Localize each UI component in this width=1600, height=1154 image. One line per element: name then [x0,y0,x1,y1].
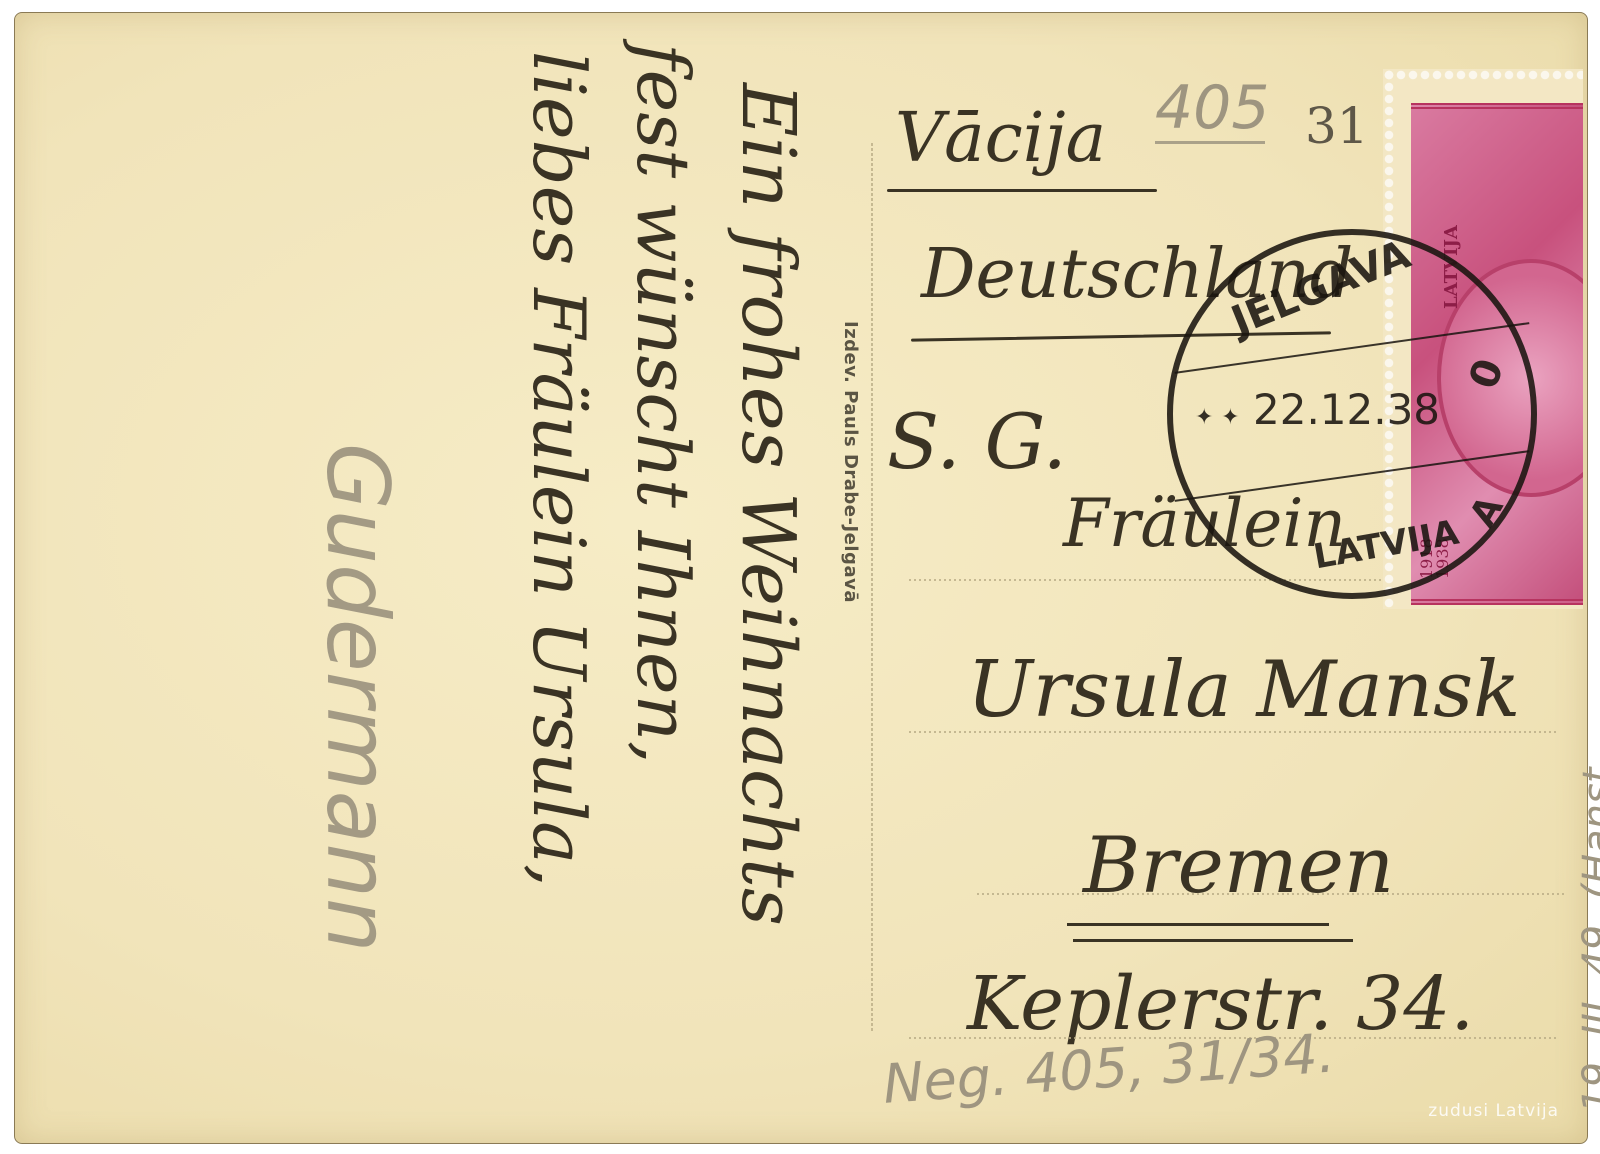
message-signature: Gudermann [307,443,407,953]
message-line-1: Ein frohes Weihnachts [725,83,811,926]
pencil-suffix: 31 [1305,97,1369,155]
recipient-name: Ursula Mansk [967,645,1520,735]
address-line-2 [909,731,1559,733]
watermark: zudusi Latvija [1428,1101,1559,1121]
publisher-imprint: Izdev. Pauls Drabe-Jelgavā [840,321,861,603]
message-line-3: liebes Fräulein Ursula, [517,51,601,887]
pencil-right-margin: 19. III. 49. (Hanst [1575,767,1600,1113]
postmark-date: 22.12.38 [1253,385,1440,434]
recipient-city: Bremen [1083,821,1394,911]
message-line-2: fest wünscht Ihnen, [621,43,705,764]
pencil-number: 405 [1155,73,1270,143]
postmark: JELGAVA 22.12.38 ✦ ✦ 0 LATVIJA A [1167,229,1537,599]
country-latvian: Vācija [895,99,1106,178]
center-divider [871,143,873,1033]
country-underline [887,189,1157,192]
address-line-3 [977,893,1567,895]
pencil-underline [1155,141,1265,144]
postmark-stars: ✦ ✦ [1195,405,1240,430]
postmark-number: 0 [1461,353,1514,395]
salutation: S. G. [887,397,1067,486]
postmark-country: LATVIJA [1311,513,1462,578]
city-underline-1 [1067,923,1329,926]
city-underline-2 [1073,939,1353,942]
postcard: Ein frohes Weihnachts fest wünscht Ihnen… [14,12,1588,1144]
